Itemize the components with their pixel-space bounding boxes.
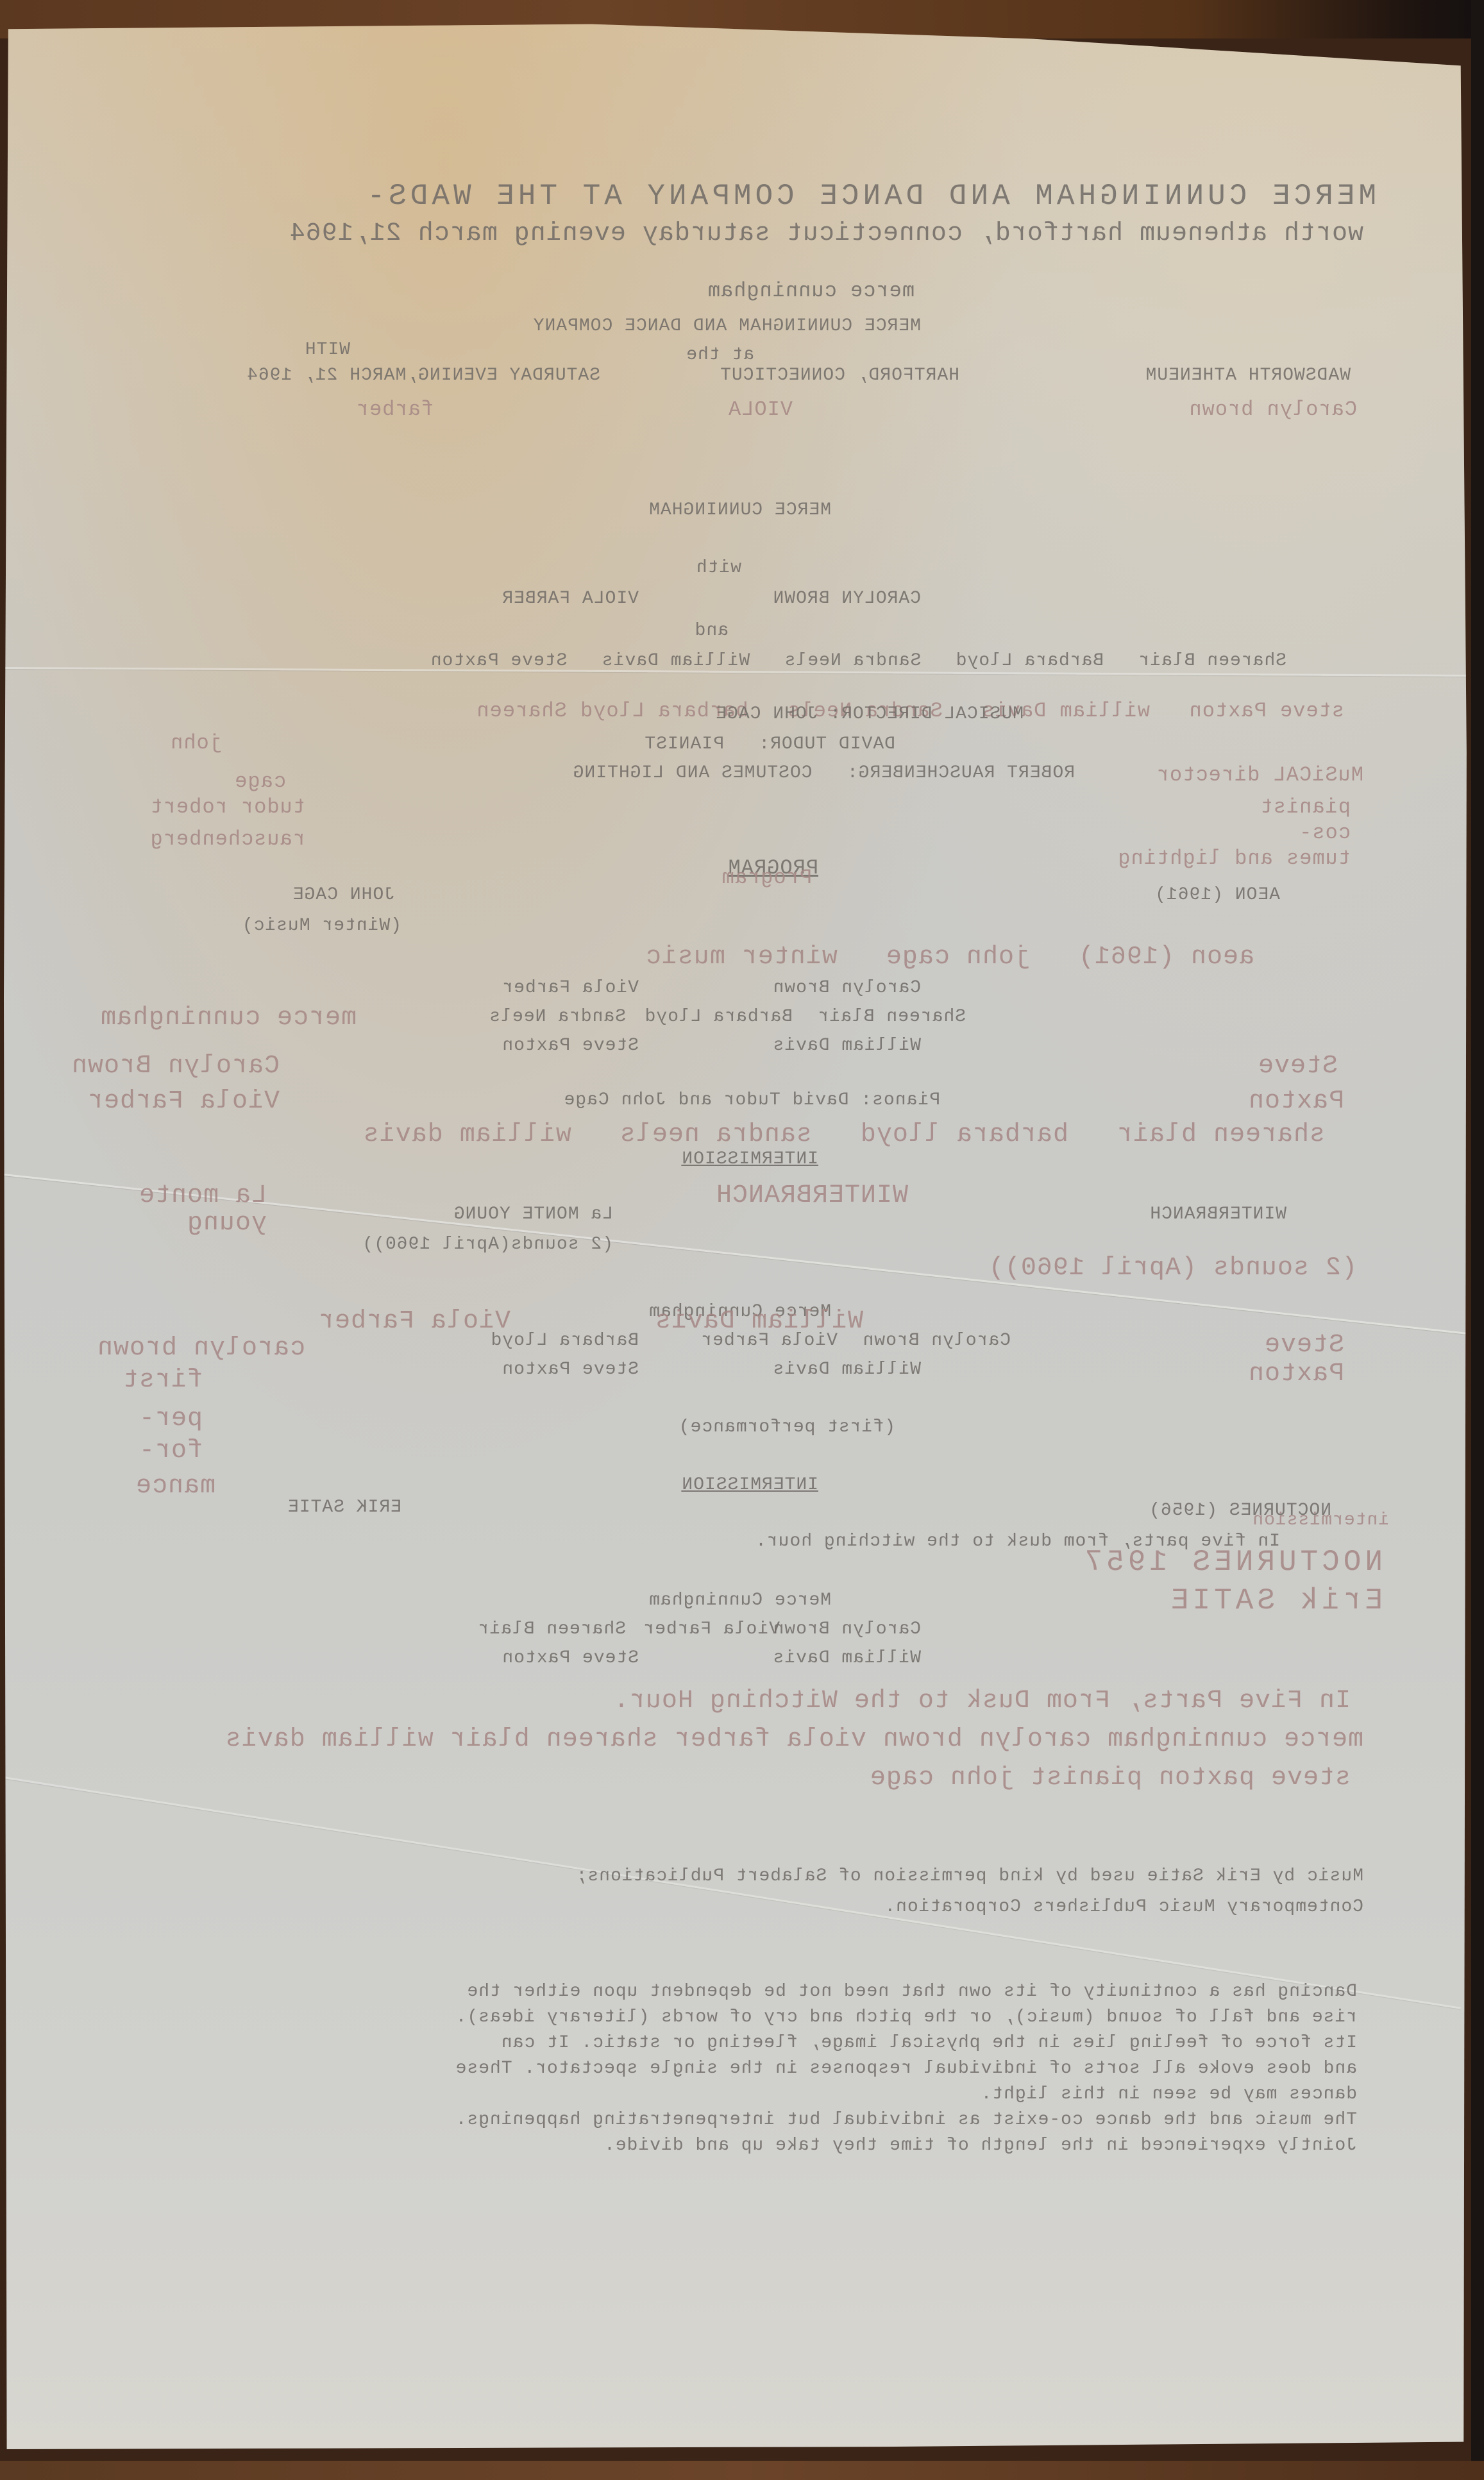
- statement-line-2: rise and fall of sound (music), or the p…: [455, 2007, 1357, 2027]
- aeon-pianists: Pianos: David Tudor and John Cage: [564, 1090, 941, 1110]
- aeon-overlay: aeon (1961) john cage winter music: [645, 943, 1254, 972]
- aeon-music-note: (Winter Music): [242, 916, 401, 936]
- aeon-dancers-row-1b: Viola Farber: [502, 978, 639, 998]
- credits-overlay-left-3: tudor robert: [150, 795, 305, 819]
- aeon-dancers-row-3b: Steve Paxton: [502, 1036, 639, 1056]
- header-subtitle: worth atheneum hartford, connecticut sat…: [289, 219, 1363, 248]
- credits-overlay-right-2: pianist: [1260, 795, 1351, 819]
- statement-line-3: Its force of feeling lies in the physica…: [501, 2033, 1357, 2053]
- aeon-overlay-steve: Steve: [1258, 1052, 1338, 1081]
- overlay-young: young: [187, 1209, 267, 1238]
- aeon-overlay-merce: merce cunningham: [100, 1004, 357, 1033]
- overlay-viola: VIOLA: [728, 398, 793, 421]
- winterbranch-overlay-paxton: Paxton: [1248, 1360, 1344, 1388]
- winterbranch-composer: La MONTE YOUNG: [453, 1204, 613, 1224]
- nocturnes-overlay-composer: Erik SATIE: [1167, 1584, 1383, 1617]
- credits-costumes: ROBERT RAUSCHENBERG: COSTUMES AND LIGHTI…: [573, 763, 1075, 783]
- winterbranch-dancers-row-2b: Steve Paxton: [502, 1360, 639, 1379]
- permission-line-1: Music by Erik Satie used by kind permiss…: [576, 1866, 1363, 1886]
- credits-pianist: DAVID TUDOR: PIANIST: [644, 734, 895, 754]
- nocturnes-dancers-row-1c: Shareen Blair: [478, 1619, 626, 1639]
- mirrored-text-layer: MERCE CUNNINGHAM AND DANCE COMPANY AT TH…: [4, 19, 1472, 2461]
- nocturnes-overlay-intermission: intermission: [1252, 1510, 1389, 1530]
- header-date: SATURDAY EVENING,MARCH 21, 1964: [246, 366, 600, 385]
- dark-surface-right: [1471, 0, 1484, 2480]
- nocturnes-dancers-row-1b: Viola Farber: [643, 1619, 780, 1639]
- header-merce: merce cunningham: [707, 279, 915, 303]
- winterbranch-margin-3: for-: [139, 1437, 203, 1465]
- credits-overlay-right-1: MuSiCAL director: [1156, 763, 1363, 787]
- cast-company-line: Shareen Blair Barbara Lloyd Sandra Neels…: [430, 651, 1286, 671]
- program-sheet: MERCE CUNNINGHAM AND DANCE COMPANY AT TH…: [4, 19, 1472, 2461]
- overlay-summary-3: steve paxton pianist john cage: [870, 1764, 1351, 1793]
- aeon-composer: JOHN CAGE: [292, 885, 395, 905]
- aeon-dancers-row-2c: Sandra Neels: [489, 1007, 626, 1027]
- aeon-overlay-viola: Viola Farber: [87, 1087, 280, 1116]
- aeon-title: AEON (1961): [1154, 885, 1280, 905]
- overlay-summary-1: In Five Parts, From Dusk to the Witching…: [613, 1687, 1351, 1716]
- nocturnes-dancers-row-2b: Steve Paxton: [502, 1648, 639, 1668]
- winterbranch-overlay-carolyn: carolyn brown: [97, 1334, 305, 1363]
- cast-and: and: [695, 621, 729, 641]
- intermission-2: INTERMISSION: [681, 1475, 818, 1495]
- winterbranch-dancers-row-1a: Carolyn Brown: [863, 1331, 1011, 1351]
- winterbranch-overlay-william: William Davis: [655, 1307, 863, 1336]
- statement-line-5: dances may be seen in this light.: [981, 2084, 1358, 2104]
- winterbranch-overlay-note: (2 sounds (April 1960)): [988, 1254, 1357, 1283]
- cast-with: with: [696, 558, 741, 578]
- header-with: WITH: [305, 340, 350, 360]
- aeon-overlay-carolyn: Carolyn Brown: [71, 1052, 280, 1081]
- header-title: MERCE CUNNINGHAM AND DANCE COMPANY AT TH…: [364, 180, 1376, 213]
- overlay-la-monte: La monte: [139, 1181, 267, 1210]
- nocturnes-overlay-title: NOCTURNES 1957: [1081, 1546, 1383, 1579]
- statement-line-7: Jointly experienced in the length of tim…: [603, 2136, 1357, 2155]
- permission-line-2: Contemporary Music Publishers Corporatio…: [884, 1897, 1363, 1917]
- header-city: HARTFORD, CONNECTICUT: [720, 366, 959, 385]
- winterbranch-overlay-steve: Steve: [1264, 1331, 1344, 1360]
- overlay-carolyn: Carolyn brown: [1188, 398, 1357, 421]
- header-at-the: at the: [686, 345, 754, 365]
- nocturnes-dancers-row-1a: Carolyn Brown: [773, 1619, 921, 1639]
- aeon-overlay-pianists: shareen blair barbara lloyd sandra neels…: [363, 1120, 1325, 1149]
- winterbranch-dancers-row-1c: Barbara Lloyd: [491, 1331, 639, 1351]
- aeon-dancers-row-1a: Carolyn Brown: [773, 978, 921, 998]
- program-heading-overlay: Program: [721, 866, 812, 890]
- credits-music-director: MUSICAL DIRECTOR: JOHN CAGE: [715, 704, 1024, 724]
- aeon-dancers-row-3a: William Davis: [773, 1036, 921, 1056]
- wood-surface-bottom: [0, 2461, 1484, 2480]
- winterbranch-title: WINTERBRANCH: [1149, 1204, 1286, 1224]
- intermission-1: INTERMISSION: [681, 1149, 818, 1169]
- cast-principal-2: VIOLA FARBER: [502, 589, 639, 609]
- winterbranch-first-performance: (first performance): [679, 1417, 895, 1437]
- overlay-farber: farber: [356, 398, 434, 421]
- header-company: MERCE CUNNINGHAM AND DANCE COMPANY: [533, 316, 921, 336]
- aeon-dancers-row-2a: Shareen Blair: [818, 1007, 966, 1027]
- aeon-overlay-paxton: Paxton: [1248, 1087, 1344, 1116]
- cast-lead: MERCE CUNNINGHAM: [648, 500, 831, 520]
- header-venue: WADSWORTH ATHENEUM: [1145, 366, 1351, 385]
- winterbranch-margin-4: mance: [135, 1472, 215, 1501]
- winterbranch-overlay-viola: Viola Farber: [318, 1307, 510, 1336]
- winterbranch-music-note: (2 sounds(April 1960)): [362, 1235, 613, 1254]
- winterbranch-margin-2: per-: [139, 1404, 203, 1433]
- nocturnes-composer: ERIK SATIE: [287, 1497, 401, 1517]
- overlay-winterbranch: WINTERBRANCH: [716, 1181, 908, 1210]
- overlay-summary-2: merce cunningham carolyn brown viola far…: [225, 1725, 1363, 1754]
- credits-overlay-right-4: tumes and lighting: [1117, 847, 1351, 870]
- winterbranch-dancers-row-2a: William Davis: [773, 1360, 921, 1379]
- nocturnes-dancers-row-2a: William Davis: [773, 1648, 921, 1668]
- winterbranch-margin-1: first: [122, 1366, 203, 1395]
- statement-line-4: and does evoke all sorts of individual r…: [455, 2059, 1357, 2079]
- cast-principal-1: CAROLYN BROWN: [773, 589, 921, 609]
- credits-overlay-right-3: cos-: [1299, 821, 1351, 845]
- statement-line-6: The music and the dance co-exist as indi…: [455, 2110, 1357, 2130]
- credits-overlay-left-2: cage: [234, 770, 286, 793]
- credits-overlay-left-1: john: [170, 731, 222, 755]
- statement-line-1: Dancing has a continuity of its own that…: [466, 1982, 1357, 2002]
- aeon-dancers-row-2b: Barbara Lloyd: [645, 1007, 793, 1027]
- credits-overlay-left-4: rauschenberg: [150, 827, 305, 851]
- nocturnes-lead: Merce Cunningham: [648, 1590, 831, 1610]
